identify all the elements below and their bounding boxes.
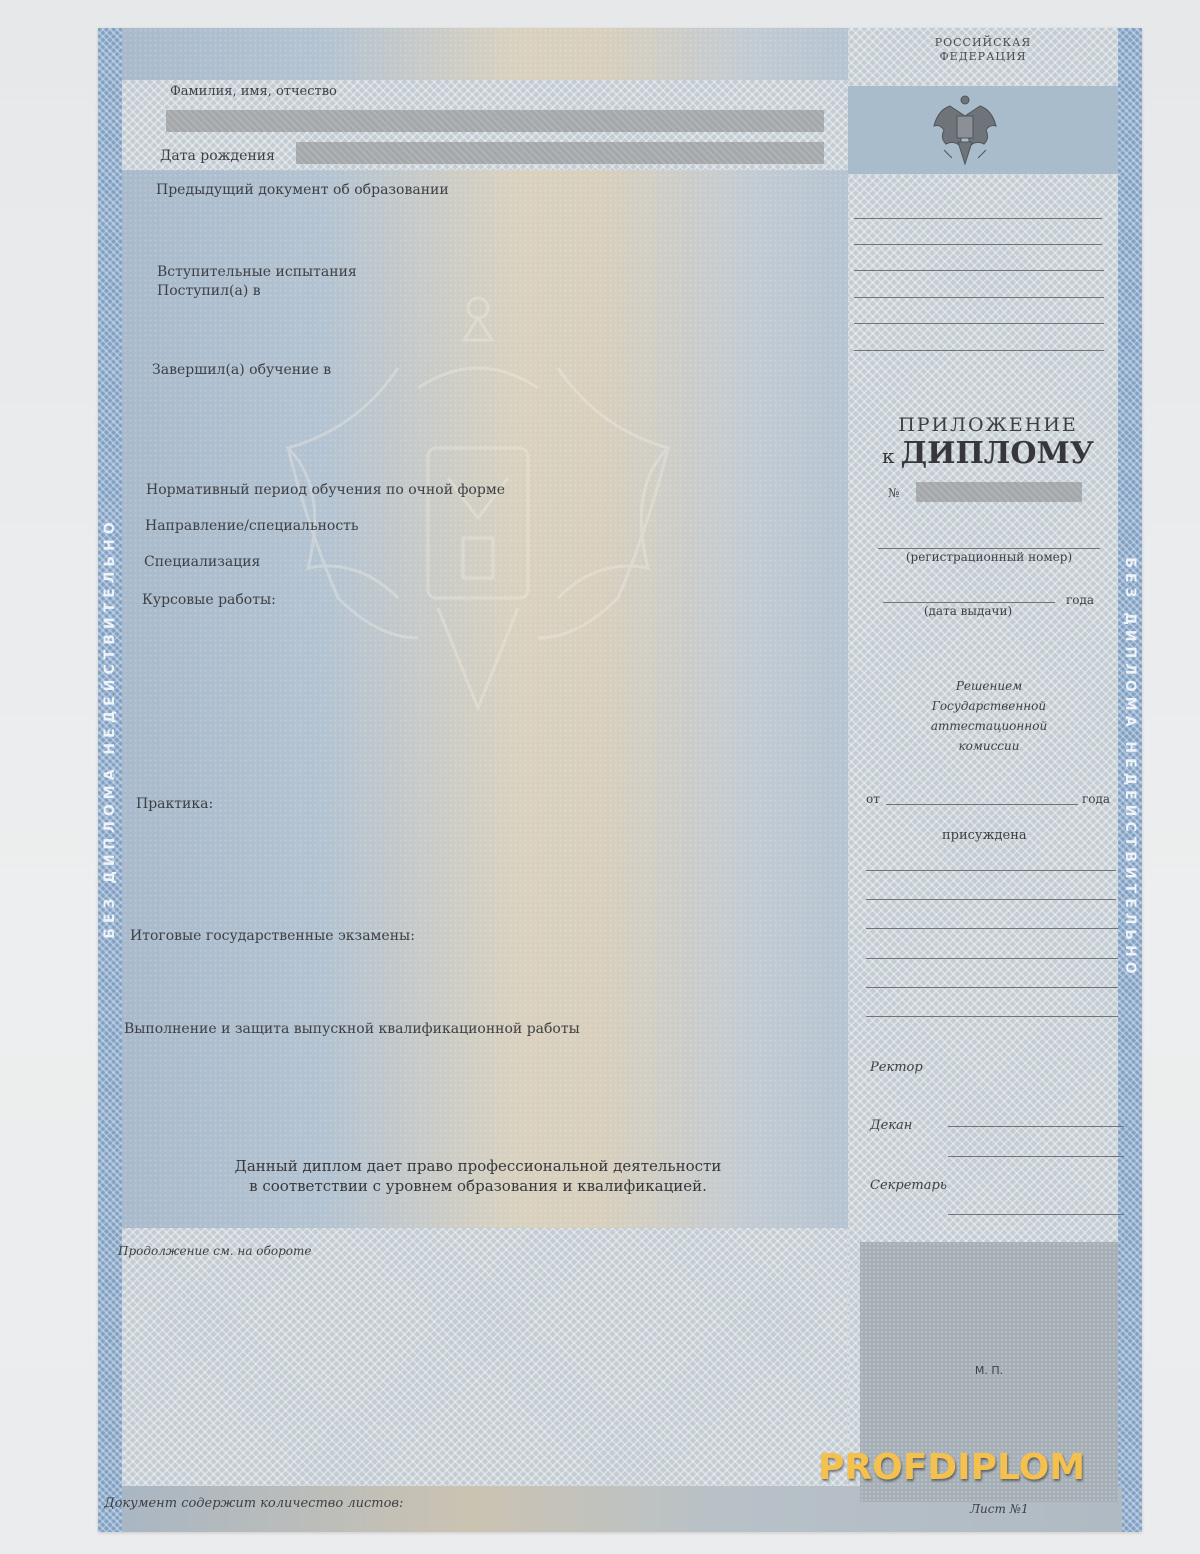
specialization-label: Специализация — [144, 554, 260, 570]
awarded-label: присуждена — [942, 828, 1027, 843]
continuation-band — [122, 1228, 848, 1486]
thesis-label: Выполнение и защита выпускной квалификац… — [124, 1021, 580, 1037]
right-panel-lines-top — [854, 218, 1120, 358]
continuation-note: Продолжение см. на обороте — [118, 1244, 311, 1258]
commission-decision: Решением Государственной аттестационной … — [884, 676, 1094, 756]
appendix-title-line-1: ПРИЛОЖЕНИЕ — [868, 414, 1108, 436]
rector-label: Ректор — [870, 1060, 923, 1075]
security-edge-left: БЕЗ ДИПЛОМА НЕДЕЙСТВИТЕЛЬНО — [98, 28, 122, 1532]
country-line-1: РОССИЙСКАЯ — [848, 36, 1118, 50]
entrance-exams-label: Вступительные испытания — [157, 264, 357, 280]
appendix-title-diploma: ДИПЛОМУ — [900, 436, 1094, 471]
appendix-title-k: к — [882, 444, 895, 468]
direction-label: Направление/специальность — [145, 518, 359, 534]
birth-date-label: Дата рождения — [160, 148, 275, 164]
rector-signature-line[interactable] — [948, 1126, 1128, 1128]
security-edge-text-left: БЕЗ ДИПЛОМА НЕДЕЙСТВИТЕЛЬНО — [102, 517, 118, 938]
rights-statement-line-2: в соответствии с уровнем образования и к… — [138, 1176, 818, 1196]
decision-date-line — [886, 804, 1086, 806]
diploma-supplement-sheet: БЕЗ ДИПЛОМА НЕДЕЙСТВИТЕЛЬНО БЕЗ ДИПЛОМА … — [98, 28, 1142, 1532]
coursework-label: Курсовые работы: — [142, 592, 276, 608]
issue-date-caption: (дата выдачи) — [898, 604, 1038, 618]
normative-period-label: Нормативный период обучения по очной фор… — [146, 482, 505, 498]
full-name-field[interactable] — [166, 110, 824, 132]
stamp-place-label: М. П. — [860, 1364, 1118, 1377]
decision-line-2: Государственной — [884, 696, 1094, 716]
coat-of-arms-icon — [930, 92, 1000, 172]
decision-line-4: комиссии — [884, 736, 1094, 756]
reg-number-caption: (регистрационный номер) — [864, 550, 1114, 564]
previous-document-label: Предыдущий документ об образовании — [156, 182, 449, 198]
dean-signature-line[interactable] — [948, 1156, 1128, 1158]
sheet-count-label: Документ содержит количество листов: — [104, 1496, 403, 1511]
number-label: № — [888, 486, 899, 500]
profdiplom-watermark: PROFDIPLOM — [818, 1447, 1085, 1488]
diploma-number-field[interactable] — [916, 482, 1082, 502]
full-name-label: Фамилия, имя, отчество — [170, 84, 337, 99]
secretary-signature-line[interactable] — [948, 1214, 1128, 1216]
rights-statement-line-1: Данный диплом дает право профессионально… — [138, 1156, 818, 1176]
security-edge-text-right: БЕЗ ДИПЛОМА НЕДЕЙСТВИТЕЛЬНО — [1122, 557, 1138, 978]
practice-label: Практика: — [136, 796, 213, 812]
right-panel-lines-qualification — [866, 870, 1122, 1020]
emblem-band — [848, 86, 1118, 174]
country-line-2: ФЕДЕРАЦИЯ — [848, 50, 1118, 64]
dean-label: Декан — [870, 1118, 912, 1133]
appendix-title-line-2: кДИПЛОМУ — [868, 436, 1108, 471]
enrolled-label: Поступил(а) в — [157, 283, 261, 299]
decision-year-suffix: года — [1082, 792, 1110, 806]
secretary-label: Секретарь — [870, 1178, 947, 1193]
sheet-number: Лист №1 — [970, 1502, 1029, 1516]
from-label: от — [866, 792, 880, 806]
birth-date-field[interactable] — [296, 142, 824, 164]
rights-statement: Данный диплом дает право профессионально… — [138, 1156, 818, 1196]
state-exams-label: Итоговые государственные экзамены: — [130, 928, 415, 944]
decision-line-1: Решением — [884, 676, 1094, 696]
security-edge-right: БЕЗ ДИПЛОМА НЕДЕЙСТВИТЕЛЬНО — [1118, 28, 1142, 1532]
completed-label: Завершил(а) обучение в — [152, 362, 331, 378]
issue-year-suffix: года — [1066, 593, 1094, 607]
decision-line-3: аттестационной — [884, 716, 1094, 736]
country-title: РОССИЙСКАЯ ФЕДЕРАЦИЯ — [848, 36, 1118, 64]
